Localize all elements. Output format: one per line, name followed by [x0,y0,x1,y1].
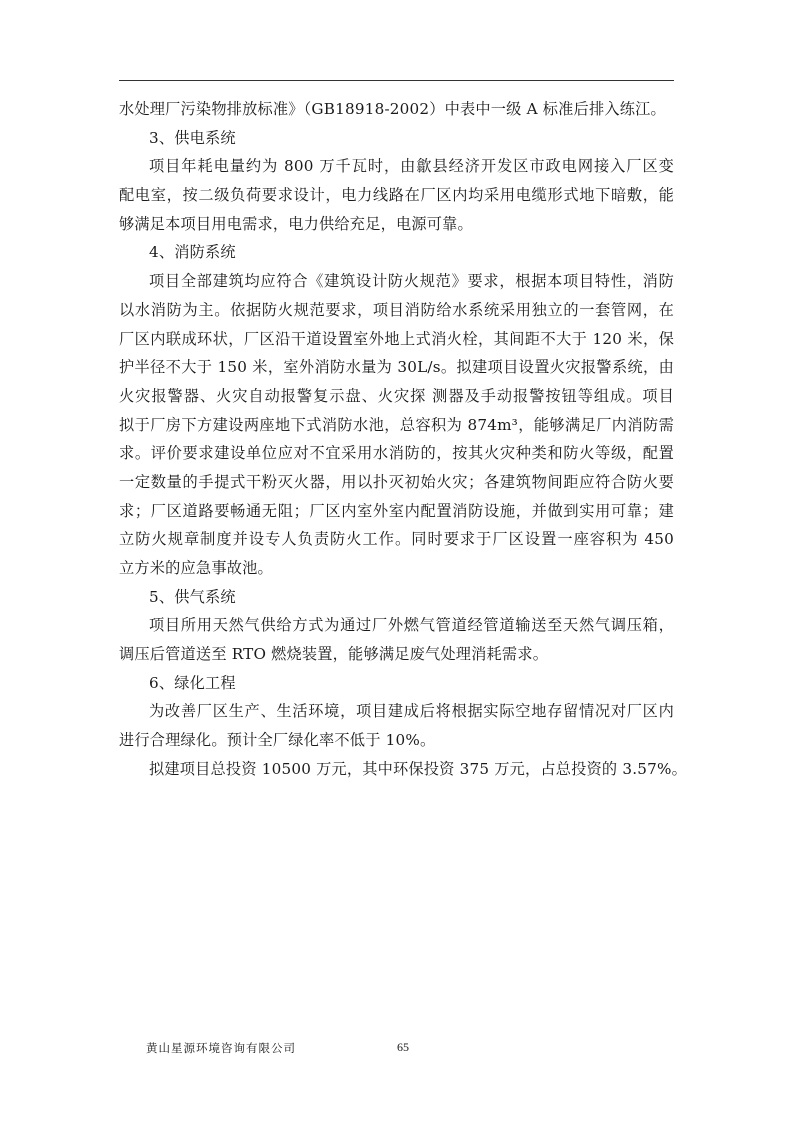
section-heading: 3、供电系统 [119,124,674,153]
header-rule [119,80,674,81]
text-line: 拟于厂房下方建设两座地下式消防水池，总容积为 874m³，能够满足厂内消防需 [119,411,674,440]
text-line: 拟建项目总投资 10500 万元，其中环保投资 375 万元，占总投资的 3.5… [119,755,674,784]
text-line: 项目所用天然气供给方式为通过厂外燃气管道经管道输送至天然气调压箱， [119,611,674,640]
text-line: 配电室，按二级负荷要求设计，电力线路在厂区内均采用电缆形式地下暗敷，能 [119,181,674,210]
text-line: 为改善厂区生产、生活环境，项目建成后将根据实际空地存留情况对厂区内 [119,697,674,726]
section-heading: 6、绿化工程 [119,669,674,698]
document-body: 水处理厂污染物排放标准》（GB18918-2002）中表中一级 A 标准后排入练… [119,95,674,784]
text-line: 够满足本项目用电需求，电力供给充足，电源可靠。 [119,210,674,239]
text-line: 护半径不大于 150 米，室外消防水量为 30L/s。拟建项目设置火灾报警系统，… [119,353,674,382]
text-line: 立方米的应急事故池。 [119,554,674,583]
text-line: 火灾报警器、火灾自动报警复示盘、火灾探 测器及手动报警按钮等组成。项目 [119,382,674,411]
text-line: 以水消防为主。依据防火规范要求，项目消防给水系统采用独立的一套管网，在 [119,296,674,325]
text-line: 一定数量的手提式干粉灭火器，用以扑灭初始火灾；各建筑物间距应符合防火要 [119,468,674,497]
text-line: 厂区内联成环状，厂区沿干道设置室外地上式消火栓，其间距不大于 120 米，保 [119,325,674,354]
text-line: 水处理厂污染物排放标准》（GB18918-2002）中表中一级 A 标准后排入练… [119,95,674,124]
text-line: 求。评价要求建设单位应对不宜采用水消防的，按其火灾种类和防火等级，配置 [119,439,674,468]
text-line: 项目年耗电量约为 800 万千瓦时，由歙县经济开发区市政电网接入厂区变 [119,152,674,181]
text-line: 立防火规章制度并设专人负责防火工作。同时要求于厂区设置一座容积为 450 [119,525,674,554]
text-line: 求；厂区道路要畅通无阻；厂区内室外室内配置消防设施，并做到实用可靠；建 [119,497,674,526]
text-line: 进行合理绿化。预计全厂绿化率不低于 10%。 [119,726,674,755]
page-number: 65 [397,1040,409,1055]
section-heading: 5、供气系统 [119,583,674,612]
section-heading: 4、消防系统 [119,238,674,267]
footer-company: 黄山星源环境咨询有限公司 [146,1040,296,1056]
text-line: 项目全部建筑均应符合《建筑设计防火规范》要求，根据本项目特性，消防 [119,267,674,296]
text-line: 调压后管道送至 RTO 燃烧装置，能够满足废气处理消耗需求。 [119,640,674,669]
